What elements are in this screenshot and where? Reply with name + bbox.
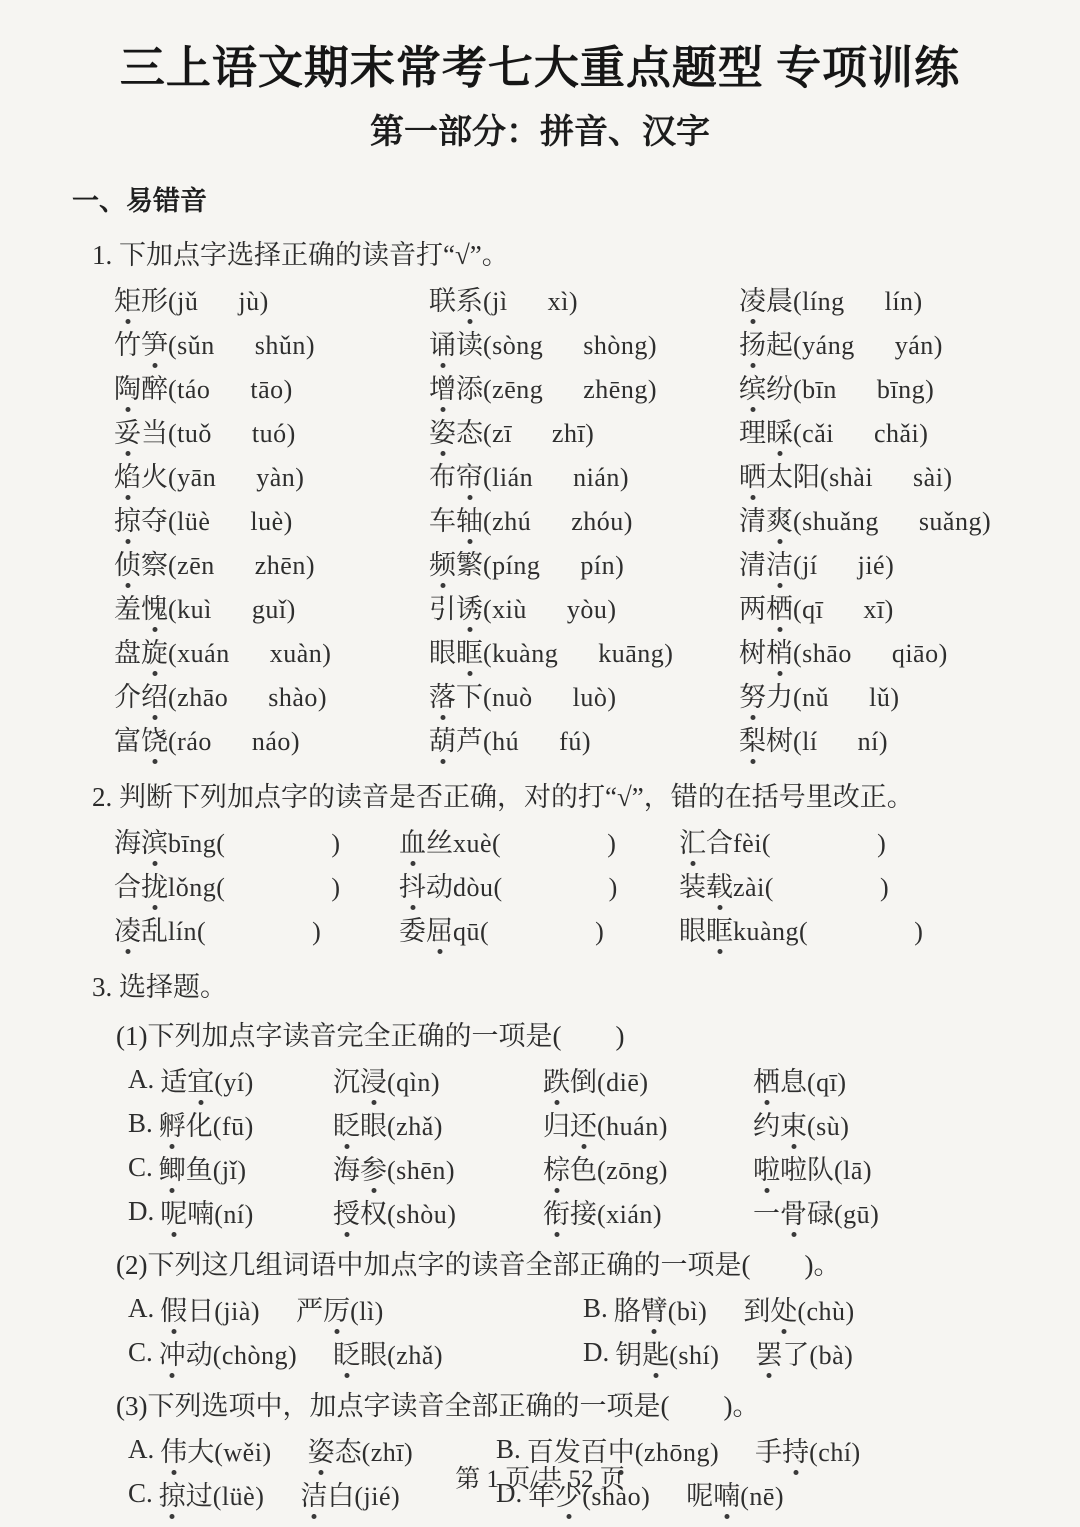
word-cell: 梨树(lí ní) — [739, 716, 1008, 760]
pinyin-options: (lí ní) — [793, 721, 888, 758]
pinyin-options: (lā) — [834, 1156, 872, 1186]
word-cell: 陶醉(táo tāo) — [114, 364, 429, 408]
word-item: 努力(nǔ lǔ) — [739, 675, 900, 714]
word-characters: 晒太阳 — [739, 455, 820, 494]
word-cell: 葫芦(hú fú) — [429, 716, 739, 760]
option-B-item-4: 约束(sù) — [753, 1101, 1008, 1145]
character: 下 — [456, 675, 483, 714]
word-item: 眨眼(zhǎ) — [333, 1333, 443, 1372]
dotted-character: 血 — [399, 821, 426, 860]
dotted-character: 还 — [570, 1104, 597, 1143]
option-D-item-3: 衔接(xián) — [543, 1189, 753, 1233]
character: 火 — [141, 455, 168, 494]
option-D-item-1: D.呢喃(ní) — [128, 1189, 333, 1233]
dotted-character: 凌 — [114, 909, 141, 948]
character: 态 — [456, 411, 483, 450]
character: 严 — [296, 1289, 323, 1328]
option-letter: D. — [128, 1196, 154, 1227]
word-characters: 落下 — [429, 675, 483, 714]
character: 倒 — [570, 1060, 597, 1099]
word-item: 羞愧(kuì guǐ) — [114, 587, 296, 626]
dotted-character: 呢 — [160, 1192, 187, 1231]
word-characters: 理睬 — [739, 411, 793, 450]
word-item: 两栖(qī xī) — [739, 587, 894, 626]
word-characters: 清洁 — [739, 543, 793, 582]
word-characters: 凌乱 — [114, 909, 168, 948]
pinyin-options: (zī zhī) — [483, 413, 594, 450]
character: 芦 — [456, 719, 483, 758]
word-characters: 归还 — [543, 1104, 597, 1143]
character: 力 — [766, 675, 793, 714]
pinyin-options: (qìn) — [387, 1068, 440, 1098]
pinyin-options: (fū) — [213, 1112, 254, 1142]
word-characters: 衔接 — [543, 1192, 597, 1231]
pinyin-options: (chù) — [797, 1297, 854, 1327]
word-item: 罢了(bà) — [755, 1333, 853, 1372]
character: 夺 — [141, 499, 168, 538]
dotted-character: 妥 — [114, 411, 141, 450]
dotted-character: 扬 — [739, 323, 766, 362]
question-1-word-grid: 矩形(jǔ jù)联系(jì xì)凌晨(líng lín)竹笋(sǔn shǔ… — [72, 276, 1008, 760]
character: 眼 — [360, 1104, 387, 1143]
dotted-character: 梨 — [739, 719, 766, 758]
character: 读 — [456, 323, 483, 362]
character: 树 — [766, 719, 793, 758]
word-characters: 抖动 — [399, 865, 453, 904]
dotted-character: 笋 — [141, 323, 168, 362]
option-letter: C. — [128, 1337, 153, 1368]
character: 海 — [333, 1148, 360, 1187]
character: 竹 — [114, 323, 141, 362]
q3-part-1-options: A.适宜(yí)沉浸(qìn)跌倒(diē)栖息(qī)B.孵化(fū)眨眼(z… — [72, 1057, 1008, 1233]
word-characters: 介绍 — [114, 675, 168, 714]
word-characters: 缤纷 — [739, 367, 793, 406]
word-characters: 姿态 — [429, 411, 483, 450]
character: 醉 — [141, 367, 168, 406]
character: 阳 — [793, 455, 820, 494]
character: 羞 — [114, 587, 141, 626]
word-item: 眼眶(kuàng kuāng) — [429, 631, 673, 670]
dotted-character: 棕 — [543, 1148, 570, 1187]
dotted-character: 栖 — [766, 587, 793, 626]
word-cell: 焰火(yān yàn) — [114, 452, 429, 496]
character: 太 — [766, 455, 793, 494]
dotted-character: 束 — [780, 1104, 807, 1143]
word-item: 冲动(chòng) — [159, 1333, 297, 1372]
word-characters: 频繁 — [429, 543, 483, 582]
option-A-item-1: A.适宜(yí) — [128, 1057, 333, 1101]
pinyin-options: (lüè luè) — [168, 501, 293, 538]
dotted-character: 诱 — [456, 587, 483, 626]
pinyin-options: (nuò luò) — [483, 677, 617, 714]
pinyin-options: (cǎi chǎi) — [793, 413, 928, 450]
word-item: 抖动 dòu( ) — [399, 865, 618, 904]
pinyin-options: (líng lín) — [793, 281, 923, 318]
word-cell: 缤纷(bīn bīng) — [739, 364, 1008, 408]
word-cell: 两栖(qī xī) — [739, 584, 1008, 628]
word-item: 树梢(shāo qiāo) — [739, 631, 948, 670]
character: 眼 — [679, 909, 706, 948]
word-cell: 眼眶(kuàng kuāng) — [429, 628, 739, 672]
question-3-label: 3. 选择题。 — [72, 965, 1008, 1004]
word-item: 竹笋(sǔn shǔn) — [114, 323, 315, 362]
dotted-character: 冲 — [159, 1333, 186, 1372]
word-cell: 凌晨(líng lín) — [739, 276, 1008, 320]
pinyin-options: (zōng) — [597, 1156, 668, 1186]
word-item: 沉浸(qìn) — [333, 1060, 440, 1099]
dotted-character: 衔 — [543, 1192, 570, 1231]
word-cell: 血丝 xuè( ) — [399, 818, 679, 862]
pinyin-options: (sòng shòng) — [483, 325, 657, 362]
word-cell: 海滨 bīng( ) — [114, 818, 399, 862]
dotted-character: 侦 — [114, 543, 141, 582]
word-cell: 掠夺(lüè luè) — [114, 496, 429, 540]
dotted-character: 臂 — [641, 1289, 668, 1328]
word-item: 委屈 qū( ) — [399, 909, 604, 948]
pinyin-options: (bīn bīng) — [793, 369, 934, 406]
pinyin-options: (gū) — [834, 1200, 879, 1230]
option-A-item-4: 栖息(qī) — [753, 1057, 1008, 1101]
word-characters: 盘旋 — [114, 631, 168, 670]
dotted-character: 焰 — [114, 455, 141, 494]
option-letter: B. — [583, 1293, 608, 1324]
character: 碌 — [807, 1192, 834, 1231]
pinyin-options: (diē) — [597, 1068, 649, 1098]
word-characters: 约束 — [753, 1104, 807, 1143]
dotted-character: 帘 — [456, 455, 483, 494]
word-item: 掠夺(lüè luè) — [114, 499, 293, 538]
dotted-character: 绍 — [141, 675, 168, 714]
dotted-character: 处 — [770, 1289, 797, 1328]
word-cell: 抖动 dòu( ) — [399, 862, 679, 906]
word-cell: 落下(nuò luò) — [429, 672, 739, 716]
word-cell: 汇合 fèi( ) — [679, 818, 1008, 862]
character: 权 — [360, 1192, 387, 1231]
dotted-character: 陶 — [114, 367, 141, 406]
pinyin-options: (zēng zhēng) — [483, 369, 657, 406]
dotted-character: 眨 — [333, 1333, 360, 1372]
pinyin-options: (yí) — [214, 1068, 254, 1098]
dotted-character: 系 — [456, 279, 483, 318]
pinyin-options: dòu( ) — [453, 867, 618, 904]
pinyin-options: (ráo náo) — [168, 721, 300, 758]
character: 察 — [141, 543, 168, 582]
dotted-character: 汇 — [679, 821, 706, 860]
pinyin-options: (xiù yòu) — [483, 589, 617, 626]
dotted-character: 缤 — [739, 367, 766, 406]
word-item: 汇合 fèi( ) — [679, 821, 886, 860]
dotted-character: 厉 — [323, 1289, 350, 1328]
character: 眼 — [360, 1333, 387, 1372]
pinyin-options: (lián nián) — [483, 457, 629, 494]
section-heading: 一、易错音 — [72, 179, 1008, 218]
option-A-item-2: 沉浸(qìn) — [333, 1057, 543, 1101]
pinyin-options: (zēn zhēn) — [168, 545, 315, 582]
pinyin-options: (zhāo shào) — [168, 677, 327, 714]
word-cell: 姿态(zī zhī) — [429, 408, 739, 452]
character: 介 — [114, 675, 141, 714]
pinyin-options: (shí) — [669, 1341, 719, 1371]
character: 清 — [739, 543, 766, 582]
word-characters: 假日 — [160, 1289, 214, 1328]
word-characters: 严厉 — [296, 1289, 350, 1328]
option-B: B.胳臂(bì)到处(chù) — [583, 1286, 1008, 1330]
pinyin-options: (zhǎ) — [387, 1112, 443, 1142]
dotted-character: 啦 — [753, 1148, 780, 1187]
dotted-character: 饶 — [141, 719, 168, 758]
word-item: 凌乱 lín( ) — [114, 909, 321, 948]
dotted-character: 增 — [429, 367, 456, 406]
pinyin-options: (shài sài) — [820, 457, 953, 494]
word-characters: 啦啦队 — [753, 1148, 834, 1187]
pinyin-options: (shāo qiāo) — [793, 633, 948, 670]
word-characters: 焰火 — [114, 455, 168, 494]
word-cell: 合拢 lǒng( ) — [114, 862, 399, 906]
character: 联 — [429, 279, 456, 318]
dotted-character: 洁 — [766, 543, 793, 582]
pinyin-options: (sù) — [807, 1112, 849, 1142]
word-characters: 车轴 — [429, 499, 483, 538]
word-cell: 联系(jì xì) — [429, 276, 739, 320]
word-item: 授权(shòu) — [333, 1192, 456, 1231]
word-characters: 呢喃 — [160, 1192, 214, 1231]
pinyin-options: (zhǎ) — [387, 1341, 443, 1371]
word-item: 栖息(qī) — [753, 1060, 847, 1099]
character: 适 — [160, 1060, 187, 1099]
dotted-character: 矩 — [114, 279, 141, 318]
dotted-character: 凌 — [739, 279, 766, 318]
word-characters: 梨树 — [739, 719, 793, 758]
pinyin-options: (shuǎng suǎng) — [793, 501, 991, 538]
option-letter: A. — [128, 1293, 154, 1324]
pinyin-options: (yān yàn) — [168, 457, 304, 494]
word-characters: 装载 — [679, 865, 733, 904]
character: 布 — [429, 455, 456, 494]
dotted-character: 诵 — [429, 323, 456, 362]
word-characters: 血丝 — [399, 821, 453, 860]
word-characters: 委屈 — [399, 909, 453, 948]
pinyin-options: (hú fú) — [483, 721, 591, 758]
word-item: 增添(zēng zhēng) — [429, 367, 657, 406]
word-item: 介绍(zhāo shào) — [114, 675, 327, 714]
word-cell: 努力(nǔ lǔ) — [739, 672, 1008, 716]
character: 理 — [739, 411, 766, 450]
word-characters: 一骨碌 — [753, 1192, 834, 1231]
pinyin-options: fèi( ) — [733, 823, 886, 860]
question-2-word-grid: 海滨 bīng( )血丝 xuè( )汇合 fèi( )合拢 lǒng( )抖动… — [72, 818, 1008, 950]
dotted-character: 轴 — [456, 499, 483, 538]
word-cell: 车轴(zhú zhóu) — [429, 496, 739, 540]
word-item: 合拢 lǒng( ) — [114, 865, 341, 904]
pinyin-options: bīng( ) — [168, 823, 341, 860]
character: 海 — [114, 821, 141, 860]
word-characters: 沉浸 — [333, 1060, 387, 1099]
page-title: 三上语文期末常考七大重点题型 专项训练 — [72, 40, 1008, 96]
pinyin-options: (kuì guǐ) — [168, 589, 296, 626]
q3-part-2-options: A.假日(jià)严厉(lì)B.胳臂(bì)到处(chù)C.冲动(chòng… — [72, 1286, 1008, 1374]
word-cell: 扬起(yáng yán) — [739, 320, 1008, 364]
word-item: 落下(nuò luò) — [429, 675, 617, 714]
word-characters: 竹笋 — [114, 323, 168, 362]
dotted-character: 落 — [429, 675, 456, 714]
dotted-character: 晒 — [739, 455, 766, 494]
character: 清 — [739, 499, 766, 538]
pinyin-options: (bà) — [809, 1341, 853, 1371]
character: 富 — [114, 719, 141, 758]
word-characters: 扬起 — [739, 323, 793, 362]
dotted-character: 宜 — [187, 1060, 214, 1099]
pinyin-options: (xuán xuàn) — [168, 633, 331, 670]
dotted-character: 授 — [333, 1192, 360, 1231]
word-item: 眨眼(zhǎ) — [333, 1104, 443, 1143]
dotted-character: 愧 — [141, 587, 168, 626]
word-item: 频繁(píng pín) — [429, 543, 624, 582]
word-cell: 羞愧(kuì guǐ) — [114, 584, 429, 628]
word-item: 眼眶 kuàng( ) — [679, 909, 923, 948]
word-characters: 清爽 — [739, 499, 793, 538]
character: 约 — [753, 1104, 780, 1143]
word-characters: 眨眼 — [333, 1333, 387, 1372]
character: 动 — [426, 865, 453, 904]
character: 合 — [706, 821, 733, 860]
word-cell: 树梢(shāo qiāo) — [739, 628, 1008, 672]
character: 日 — [187, 1289, 214, 1328]
option-D-item-4: 一骨碌(gū) — [753, 1189, 1008, 1233]
dotted-character: 载 — [706, 865, 733, 904]
word-item: 清爽(shuǎng suǎng) — [739, 499, 991, 538]
pinyin-options: (píng pín) — [483, 545, 624, 582]
dotted-character: 浸 — [360, 1060, 387, 1099]
pinyin-options: (ní) — [214, 1200, 254, 1230]
character: 形 — [141, 279, 168, 318]
dotted-character: 骨 — [780, 1192, 807, 1231]
option-letter: D. — [583, 1337, 609, 1368]
word-characters: 眼眶 — [679, 909, 733, 948]
word-item: 啦啦队(lā) — [753, 1148, 872, 1187]
page-number: 第 1 页/共 52 页 — [0, 1459, 1080, 1495]
pinyin-options: xuè( ) — [453, 823, 616, 860]
character: 丝 — [426, 821, 453, 860]
character: 胳 — [614, 1289, 641, 1328]
character: 引 — [429, 587, 456, 626]
word-item: 矩形(jǔ jù) — [114, 279, 269, 318]
character: 起 — [766, 323, 793, 362]
option-B-item-1: B.孵化(fū) — [128, 1101, 333, 1145]
word-item: 车轴(zhú zhóu) — [429, 499, 633, 538]
option-C-item-4: 啦啦队(lā) — [753, 1145, 1008, 1189]
word-item: 鲫鱼(jǐ) — [159, 1148, 247, 1187]
word-cell: 侦察(zēn zhēn) — [114, 540, 429, 584]
character: 喃 — [187, 1192, 214, 1231]
character: 队 — [807, 1148, 834, 1187]
word-cell: 诵读(sòng shòng) — [429, 320, 739, 364]
option-C: C.冲动(chòng)眨眼(zhǎ) — [128, 1330, 583, 1374]
option-A-item-3: 跌倒(diē) — [543, 1057, 753, 1101]
character: 乱 — [141, 909, 168, 948]
word-characters: 葫芦 — [429, 719, 483, 758]
word-item: 布帘(lián nián) — [429, 455, 629, 494]
word-item: 棕色(zōng) — [543, 1148, 668, 1187]
character: 纷 — [766, 367, 793, 406]
word-cell: 清爽(shuǎng suǎng) — [739, 496, 1008, 540]
pinyin-options: (sǔn shǔn) — [168, 325, 315, 362]
pinyin-options: (jǔ jù) — [168, 281, 269, 318]
word-item: 海滨 bīng( ) — [114, 821, 341, 860]
word-item: 严厉(lì) — [296, 1289, 384, 1328]
pinyin-options: (jí jié) — [793, 545, 894, 582]
dotted-character: 跌 — [543, 1060, 570, 1099]
character: 树 — [739, 631, 766, 670]
word-item: 假日(jià) — [160, 1289, 260, 1328]
option-C-item-1: C.鲫鱼(jǐ) — [128, 1145, 333, 1189]
word-cell: 晒太阳(shài sài) — [739, 452, 1008, 496]
word-item: 缤纷(bīn bīng) — [739, 367, 934, 406]
pinyin-options: (tuǒ tuó) — [168, 413, 296, 450]
word-characters: 胳臂 — [614, 1289, 668, 1328]
word-item: 引诱(xiù yòu) — [429, 587, 617, 626]
pinyin-options: (shòu) — [387, 1200, 456, 1230]
word-item: 孵化(fū) — [159, 1104, 254, 1143]
word-cell: 介绍(zhāo shào) — [114, 672, 429, 716]
pinyin-options: (chòng) — [213, 1341, 297, 1371]
word-cell: 引诱(xiù yòu) — [429, 584, 739, 628]
option-letter: A. — [128, 1064, 154, 1095]
word-cell: 妥当(tuǒ tuó) — [114, 408, 429, 452]
dotted-character: 梢 — [766, 631, 793, 670]
character: 啦 — [780, 1148, 807, 1187]
word-item: 适宜(yí) — [160, 1060, 254, 1099]
option-D: D.钥匙(shí)罢了(bà) — [583, 1330, 1008, 1374]
word-characters: 汇合 — [679, 821, 733, 860]
worksheet-page: 三上语文期末常考七大重点题型 专项训练 第一部分：拼音、汉字 一、易错音 1. … — [0, 0, 1080, 1527]
word-characters: 羞愧 — [114, 587, 168, 626]
dotted-character: 鲫 — [159, 1148, 186, 1187]
word-characters: 眼眶 — [429, 631, 483, 670]
q3-part-3-prompt: (3)下列选项中，加点字读音全部正确的一项是( )。 — [72, 1384, 1008, 1423]
word-item: 富饶(ráo náo) — [114, 719, 300, 758]
word-characters: 棕色 — [543, 1148, 597, 1187]
option-B-item-2: 眨眼(zhǎ) — [333, 1101, 543, 1145]
word-item: 理睬(cǎi chǎi) — [739, 411, 928, 450]
pinyin-options: kuàng( ) — [733, 911, 923, 948]
word-cell: 眼眶 kuàng( ) — [679, 906, 1008, 950]
pinyin-options: (jià) — [214, 1297, 260, 1327]
word-characters: 富饶 — [114, 719, 168, 758]
pinyin-options: (nǔ lǔ) — [793, 677, 900, 714]
word-cell: 频繁(píng pín) — [429, 540, 739, 584]
character: 装 — [679, 865, 706, 904]
word-item: 焰火(yān yàn) — [114, 455, 304, 494]
word-characters: 树梢 — [739, 631, 793, 670]
pinyin-options: lín( ) — [168, 911, 321, 948]
word-item: 钥匙(shí) — [615, 1333, 719, 1372]
pinyin-options: lǒng( ) — [168, 867, 341, 904]
word-item: 姿态(zī zhī) — [429, 411, 594, 450]
character: 委 — [399, 909, 426, 948]
word-cell: 竹笋(sǔn shǔn) — [114, 320, 429, 364]
word-item: 海参(shēn) — [333, 1148, 455, 1187]
word-characters: 钥匙 — [615, 1333, 669, 1372]
word-item: 葫芦(hú fú) — [429, 719, 591, 758]
dotted-character: 眶 — [456, 631, 483, 670]
character: 息 — [780, 1060, 807, 1099]
word-cell: 委屈 qū( ) — [399, 906, 679, 950]
word-item: 装载 zài( ) — [679, 865, 889, 904]
word-item: 清洁(jí jié) — [739, 543, 894, 582]
dotted-character: 匙 — [642, 1333, 669, 1372]
word-item: 晒太阳(shài sài) — [739, 455, 953, 494]
word-characters: 侦察 — [114, 543, 168, 582]
